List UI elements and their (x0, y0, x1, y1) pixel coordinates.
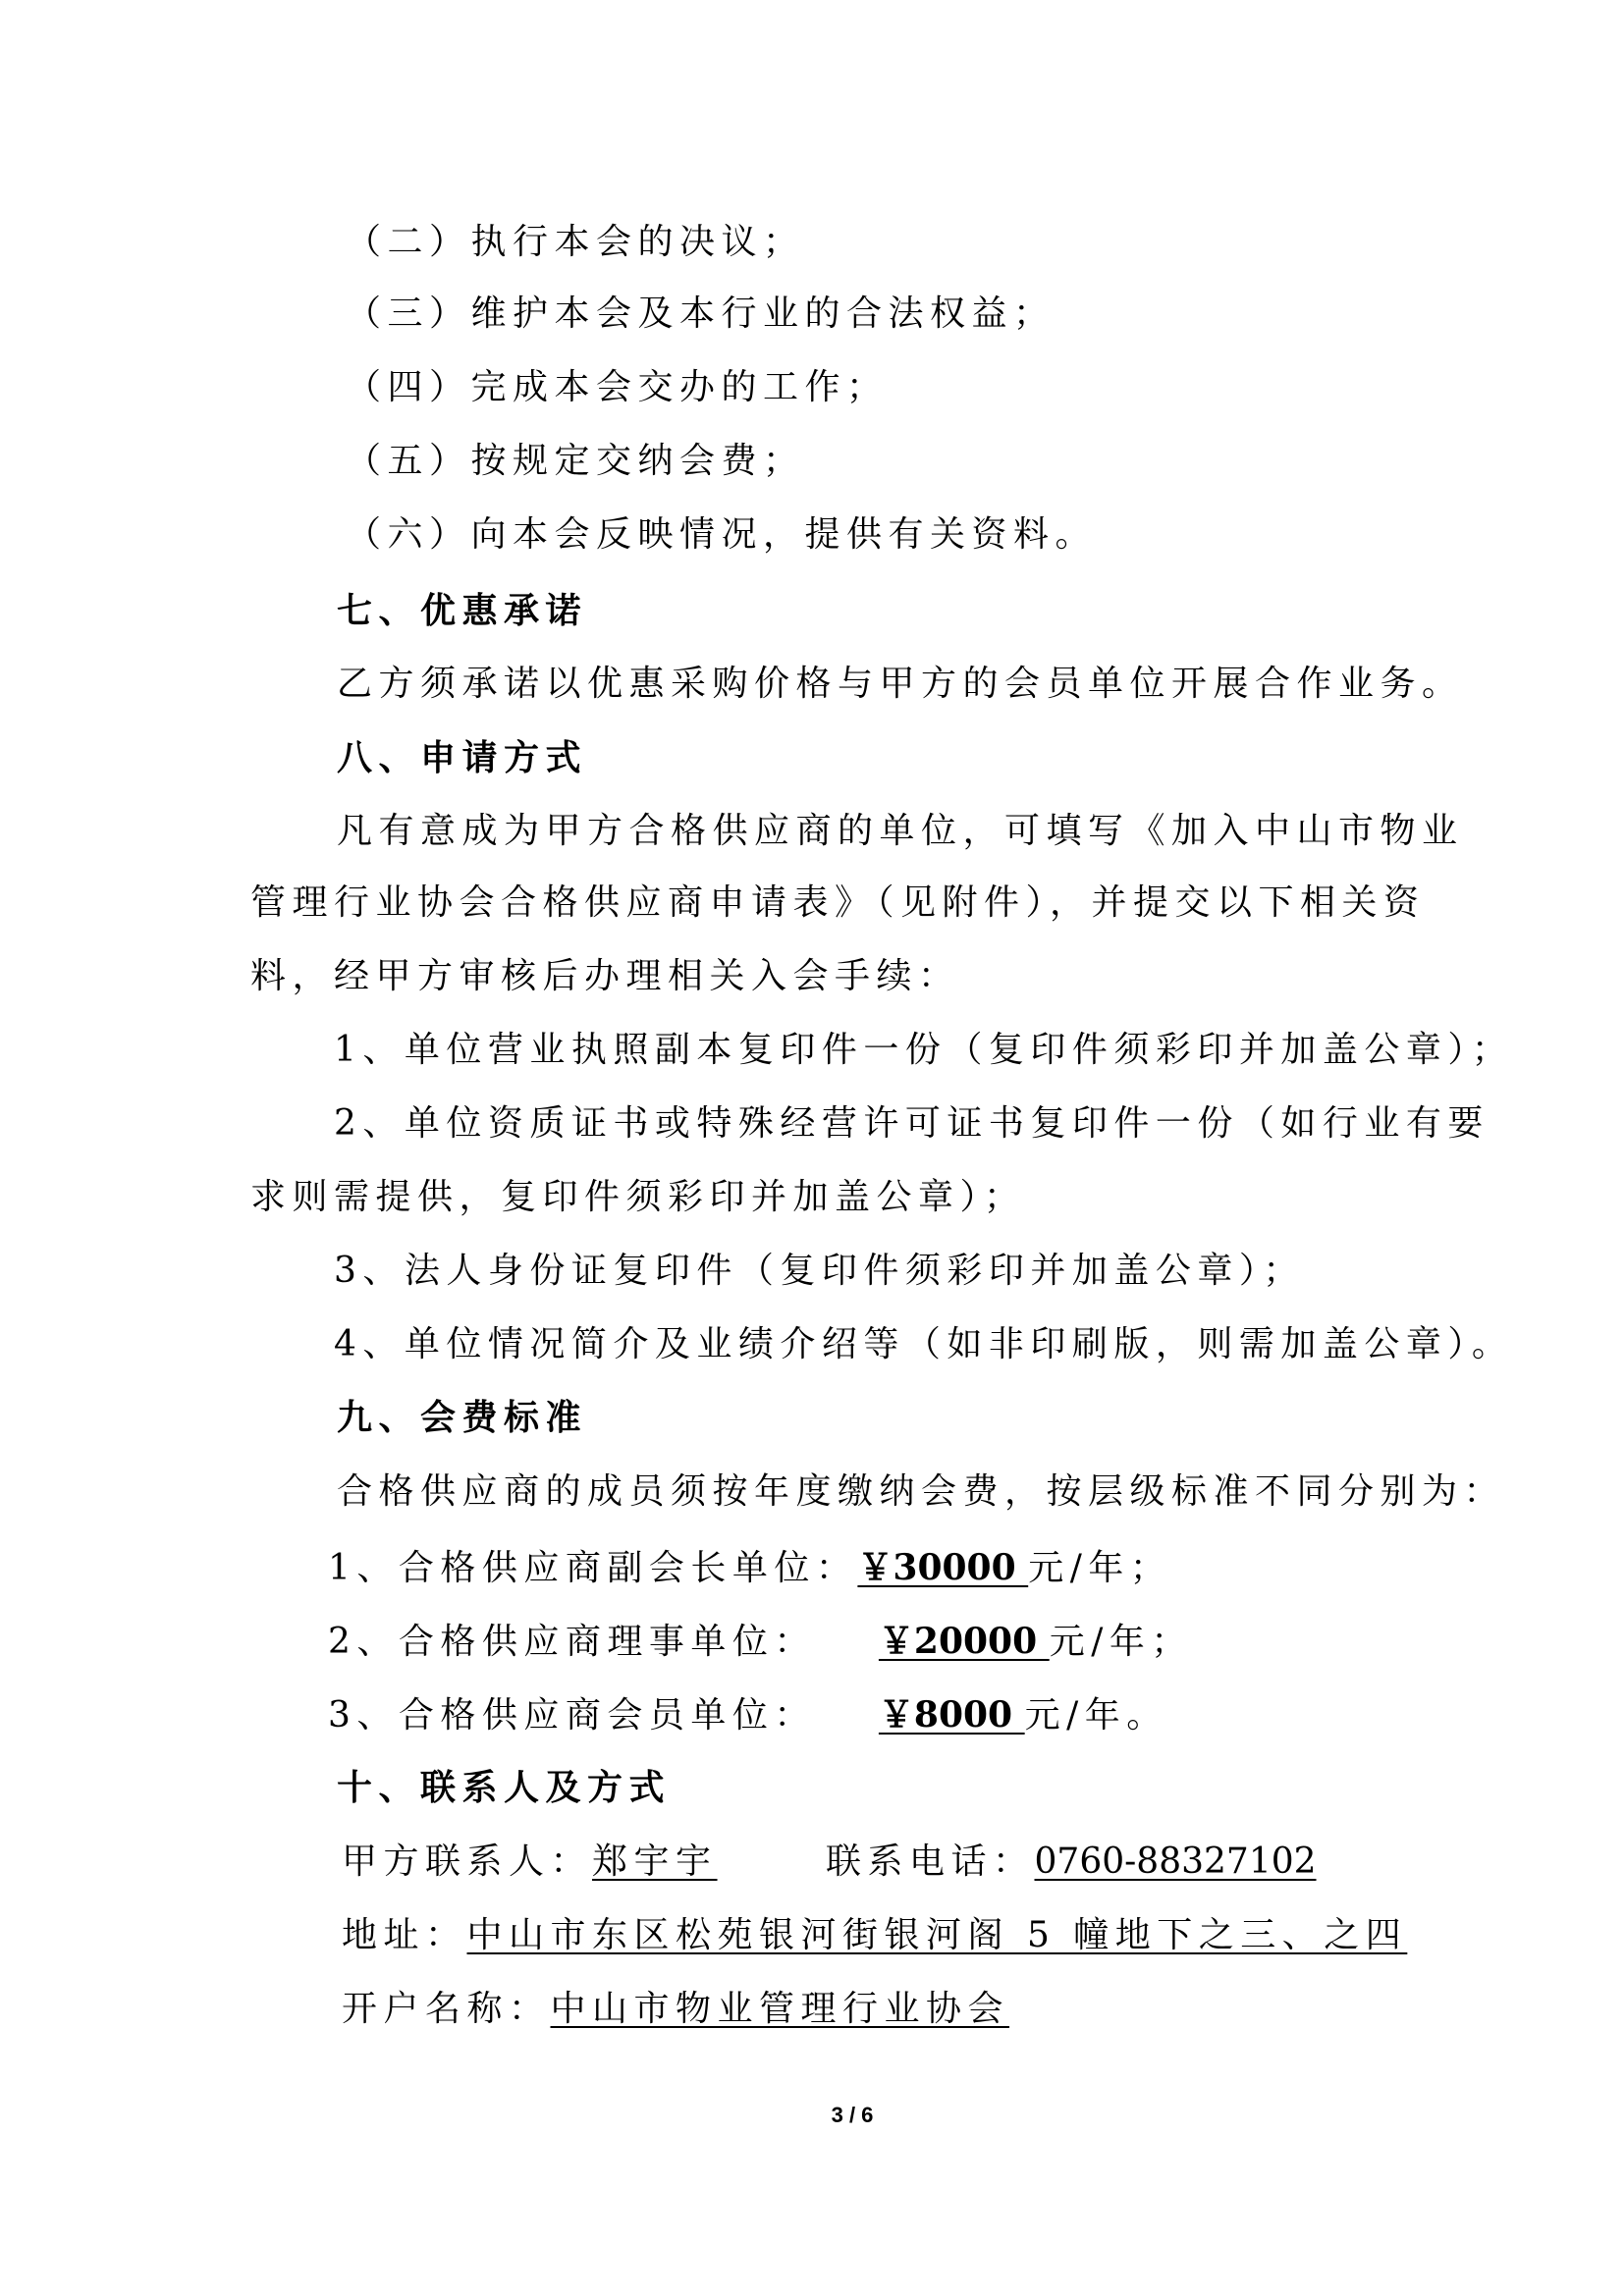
contact-name: 郑宇宇 (592, 1842, 718, 1882)
duty-item: （六）向本会反映情况，提供有关资料。 (346, 511, 1097, 559)
requirement-item: 2、单位资质证书或特殊经营许可证书复印件一份（如行业有要 (334, 1100, 1489, 1148)
contact-row: 甲方联系人：郑宇宇 (342, 1839, 718, 1886)
section-body: 乙方须承诺以优惠采购价格与甲方的会员单位开展合作业务。 (337, 661, 1464, 708)
section-body: 料，经甲方审核后办理相关入会手续： (250, 953, 960, 1000)
fee-row: 2、合格供应商理事单位：￥20000 元/年； (328, 1618, 1193, 1665)
section-body: 管理行业协会合格供应商申请表》（见附件），并提交以下相关资 (250, 880, 1426, 927)
address-value: 中山市东区松苑银河街银河阁 5 幢地下之三、之四 (467, 1915, 1408, 1955)
fee-unit: 元/年。 (1025, 1695, 1168, 1735)
account-row: 开户名称：中山市物业管理行业协会 (342, 1986, 1009, 2033)
address-row: 地址：中山市东区松苑银河街银河阁 5 幢地下之三、之四 (342, 1912, 1407, 1959)
requirement-item: 4、单位情况简介及业绩介绍等（如非印刷版，则需加盖公章）。 (334, 1321, 1513, 1368)
account-name: 中山市物业管理行业协会 (551, 1989, 1010, 2029)
fee-amount: ￥8000 (879, 1694, 1025, 1735)
fee-unit: 元/年； (1028, 1548, 1171, 1588)
document-page: （二）执行本会的决议； （三）维护本会及本行业的合法权益； （四）完成本会交办的… (0, 0, 1624, 2296)
fee-label: 2、合格供应商理事单位： (328, 1622, 816, 1662)
requirement-item: 3、法人身份证复印件（复印件须彩印并加盖公章）； (334, 1248, 1305, 1295)
section-heading-discount-commitment: 七、优惠承诺 (337, 588, 587, 635)
fee-amount: ￥30000 (857, 1547, 1028, 1588)
duty-item: （四）完成本会交办的工作； (346, 364, 889, 411)
address-label: 地址： (342, 1915, 467, 1955)
fee-label: 1、合格供应商副会长单位： (328, 1548, 857, 1588)
phone-row: 联系电话：0760-88327102 (826, 1839, 1317, 1886)
duty-item: （三）维护本会及本行业的合法权益； (346, 291, 1056, 338)
fee-label: 3、合格供应商会员单位： (328, 1695, 816, 1735)
duty-item: （二）执行本会的决议； (346, 219, 805, 266)
fee-unit: 元/年； (1050, 1622, 1193, 1662)
fee-row: 1、合格供应商副会长单位：￥30000 元/年； (328, 1544, 1171, 1591)
phone-label: 联系电话： (826, 1842, 1035, 1882)
section-body: 合格供应商的成员须按年度缴纳会费，按层级标准不同分别为： (337, 1468, 1505, 1516)
requirement-item: 1、单位营业执照副本复印件一份（复印件须彩印并加盖公章）； (334, 1027, 1513, 1074)
page-indicator: 3 / 6 (0, 2103, 1624, 2128)
fee-amount: ￥20000 (879, 1621, 1050, 1662)
section-heading-contact: 十、联系人及方式 (337, 1765, 671, 1812)
account-label: 开户名称： (342, 1989, 551, 2029)
contact-label: 甲方联系人： (342, 1842, 592, 1882)
duty-item: （五）按规定交纳会费； (346, 438, 805, 485)
section-heading-application-method: 八、申请方式 (337, 735, 587, 782)
fee-row: 3、合格供应商会员单位：￥8000 元/年。 (328, 1691, 1168, 1738)
phone-number: 0760-88327102 (1035, 1842, 1317, 1882)
section-heading-membership-fees: 九、会费标准 (337, 1395, 587, 1442)
requirement-item: 求则需提供，复印件须彩印并加盖公章）； (250, 1174, 1026, 1221)
section-body: 凡有意成为甲方合格供应商的单位，可填写《加入中山市物业 (337, 808, 1464, 855)
